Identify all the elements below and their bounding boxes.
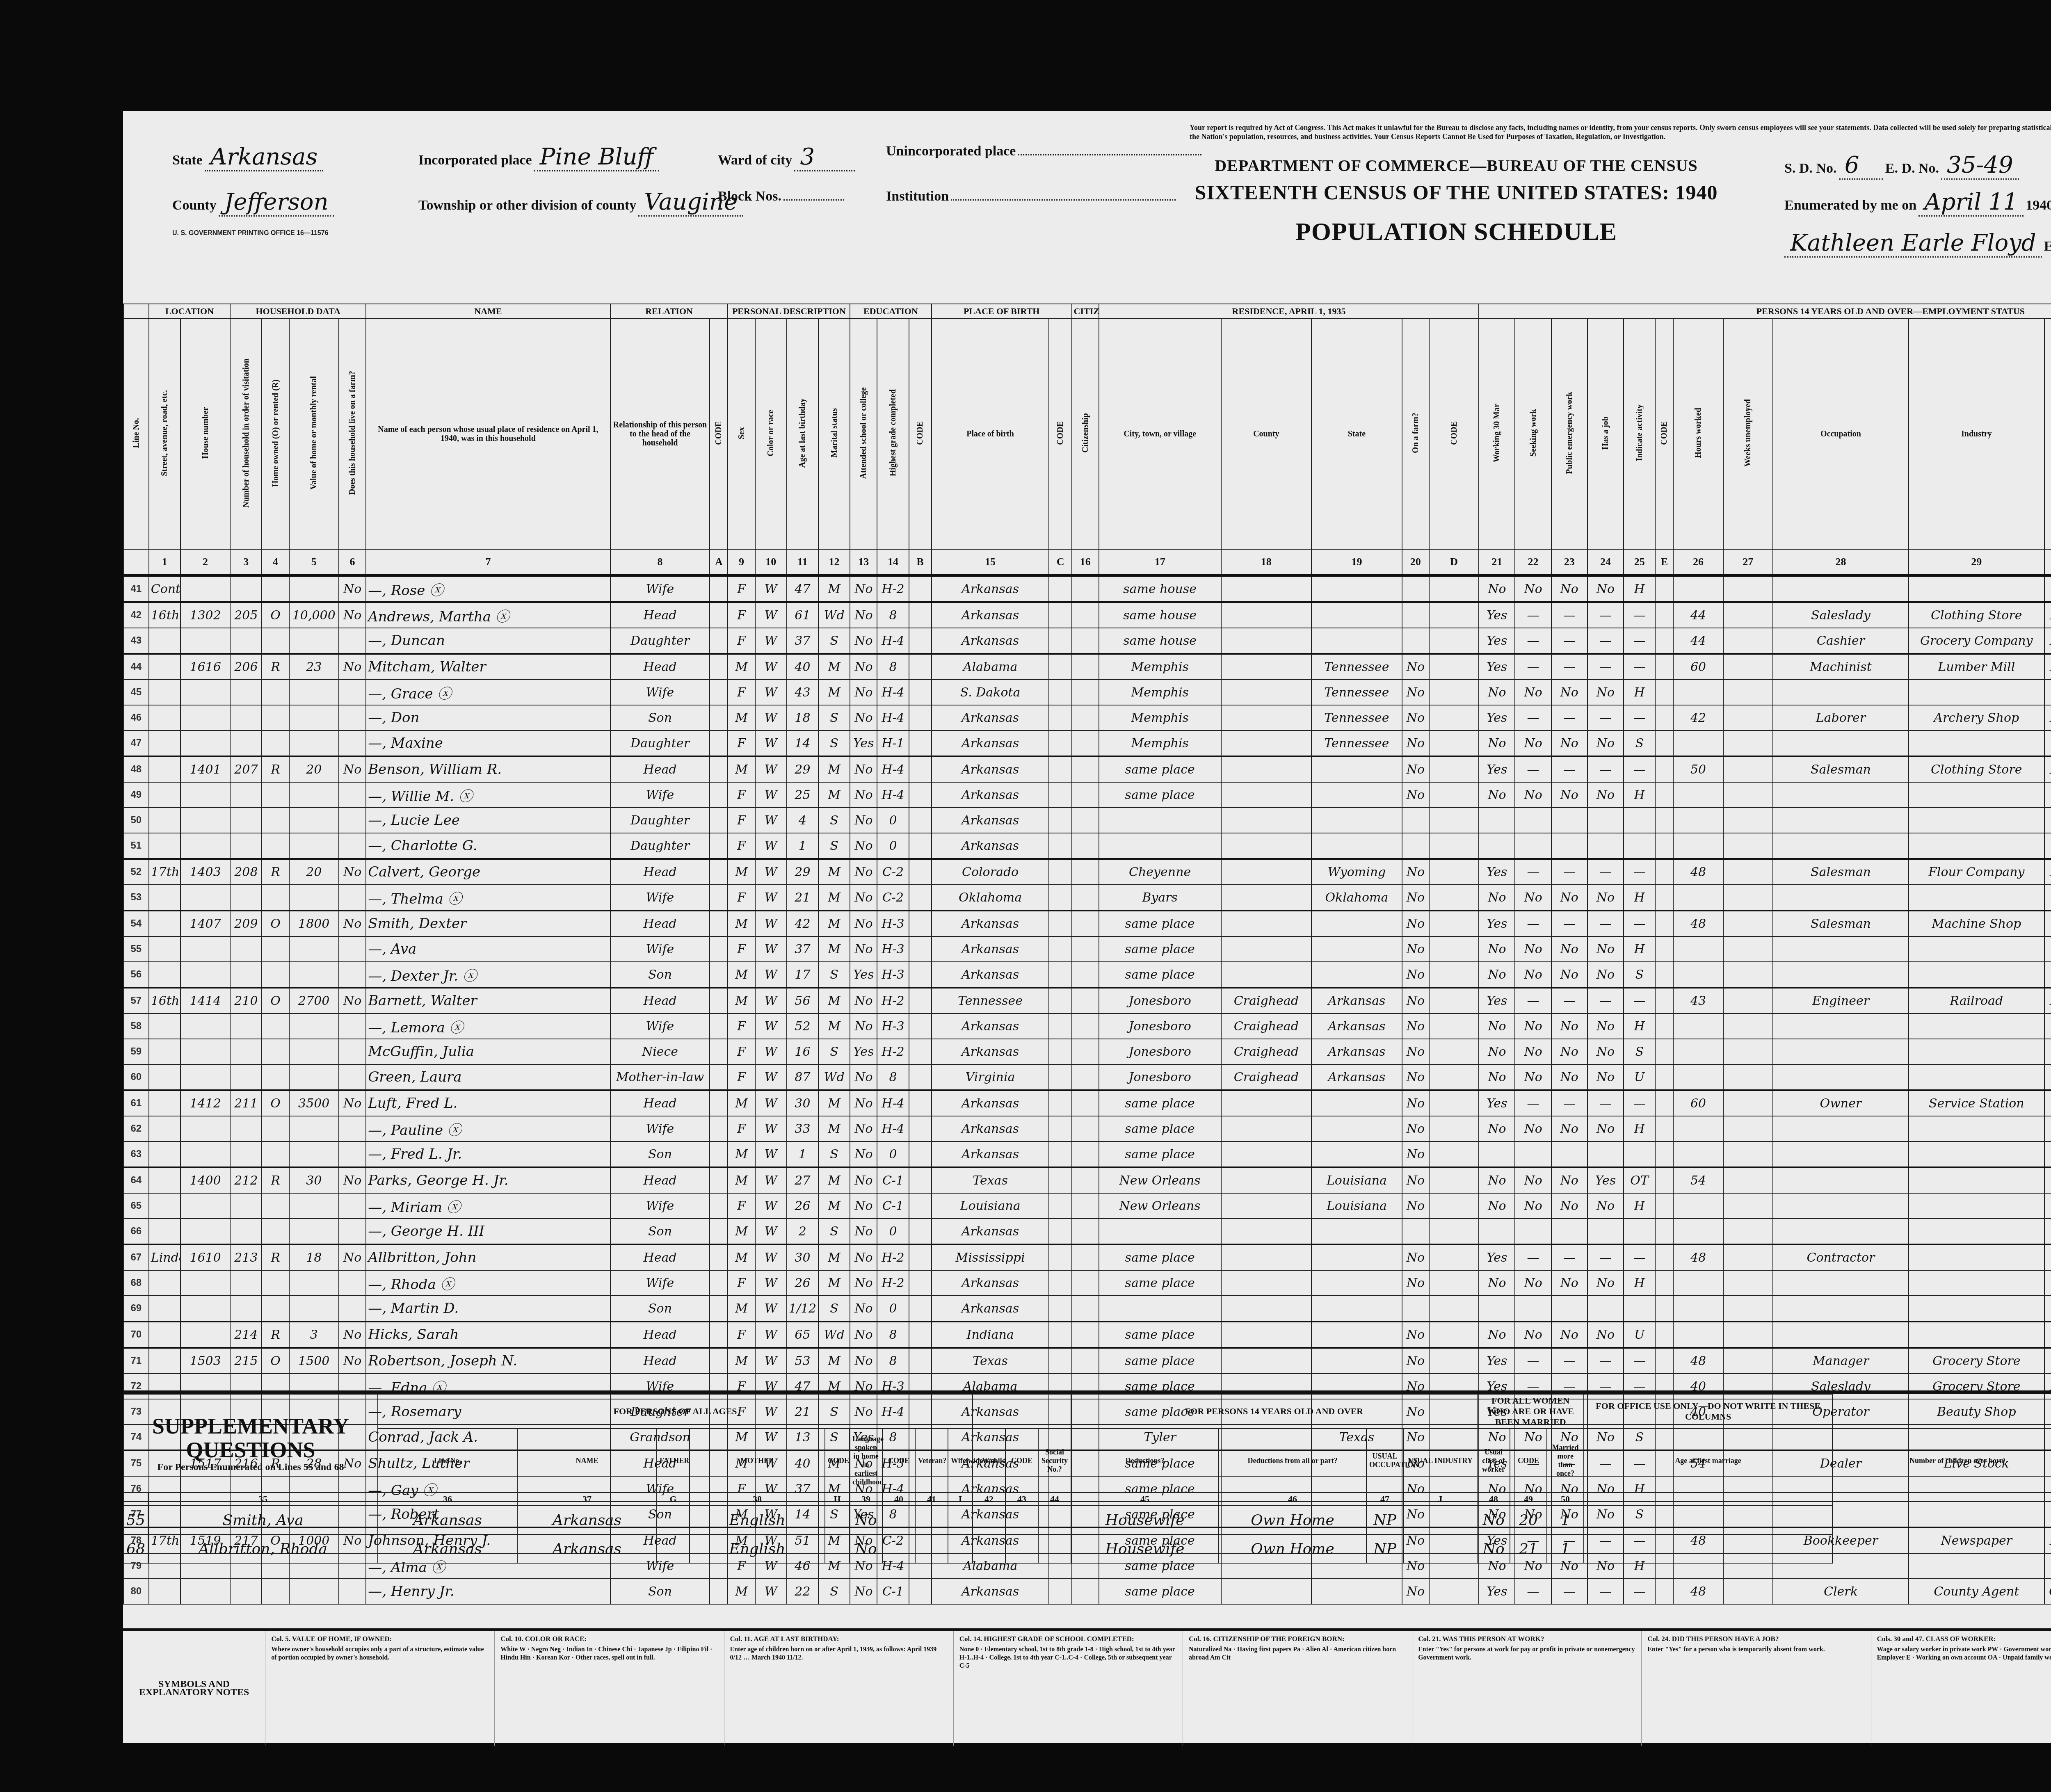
cell-D — [1429, 705, 1479, 730]
cell-occ — [1773, 1270, 1909, 1296]
cell-c22: No — [1515, 1167, 1551, 1193]
cell-hrs: 48 — [1673, 1348, 1723, 1374]
cell-house — [180, 628, 230, 654]
cell-race: W — [755, 705, 787, 730]
cell-sch: No — [850, 602, 877, 628]
cell-house: 1414 — [180, 988, 230, 1014]
cell-C — [1049, 654, 1071, 680]
incorporated-place-value: Pine Bluff — [534, 144, 659, 171]
cell-occ: Engineer — [1773, 988, 1909, 1014]
cell-rel: Head — [610, 756, 710, 782]
cell-cit — [1072, 730, 1099, 756]
cell-race: W — [755, 808, 787, 833]
cell-age: 1 — [787, 833, 818, 859]
supp-cell — [825, 1534, 850, 1563]
table-row: 541407209O1800NoSmith, DexterHeadMW42MNo… — [123, 911, 2051, 936]
line-number: 60 — [123, 1064, 149, 1090]
cell-B — [909, 602, 932, 628]
cell-wks — [1723, 988, 1773, 1014]
cell-c22 — [1515, 1219, 1551, 1244]
cell-hrs — [1673, 1014, 1723, 1039]
cell-sch: No — [850, 1116, 877, 1141]
cell-c22: — — [1515, 705, 1551, 730]
sd-value: 6 — [1839, 152, 1883, 180]
table-row: 67Linden1610213R18NoAllbritton, JohnHead… — [123, 1244, 2051, 1270]
cell-birth: Arkansas — [932, 1116, 1049, 1141]
cell-rel: Mother-in-law — [610, 1064, 710, 1090]
person-name: —, Rose ⓧ — [366, 575, 610, 602]
cell-hrs — [1673, 1064, 1723, 1090]
cell-sch: No — [850, 1193, 877, 1219]
cell-value — [289, 962, 339, 988]
cell-occ: Contractor — [1773, 1244, 1909, 1270]
cell-C — [1049, 859, 1071, 885]
cell-c22 — [1515, 833, 1551, 859]
cell-c23: No — [1551, 1039, 1587, 1064]
cell-c23: No — [1551, 885, 1587, 911]
supp-column-header: NAME — [517, 1429, 657, 1493]
cell-wks — [1723, 1193, 1773, 1219]
cell-c25: H — [1624, 1193, 1655, 1219]
cell-hrs: 43 — [1673, 988, 1723, 1014]
cell-value — [289, 1270, 339, 1296]
cell-B — [909, 1141, 932, 1167]
cell-c23 — [1551, 1219, 1587, 1244]
cell-house — [180, 1270, 230, 1296]
column-header-row: Line No. Street, avenue, road, etc. Hous… — [123, 319, 2051, 549]
cell-c22: No — [1515, 1014, 1551, 1039]
cell-grade: 0 — [877, 1141, 909, 1167]
cell-cls: PW — [2044, 705, 2051, 730]
cell-c22 — [1515, 1296, 1551, 1322]
cell-value: 1800 — [289, 911, 339, 936]
cell-wks — [1723, 654, 1773, 680]
cell-B — [909, 756, 932, 782]
cell-house — [180, 575, 230, 602]
cell-occ: Salesman — [1773, 859, 1909, 885]
line-number: 61 — [123, 1090, 149, 1116]
cell-county — [1221, 602, 1312, 628]
person-name: Smith, Dexter — [366, 911, 610, 936]
supp-row: 55Smith, AvaArkansasArkansasEnglishNoHou… — [123, 1506, 2051, 1534]
cell-sch: No — [850, 1014, 877, 1039]
cell-cit — [1072, 936, 1099, 962]
cell-birth: Arkansas — [932, 1090, 1049, 1116]
cell-sex: M — [728, 1141, 755, 1167]
cell-sch: No — [850, 1219, 877, 1244]
cell-occ — [1773, 1219, 1909, 1244]
table-row: 68—, Rhoda ⓧWifeFW26MNoH-2Arkansassame p… — [123, 1270, 2051, 1296]
table-row: 51—, Charlotte G.DaughterFW1SNo0Arkansas… — [123, 833, 2051, 859]
cell-occ — [1773, 936, 1909, 962]
supp-cell — [657, 1506, 690, 1534]
cell-age: 16 — [787, 1039, 818, 1064]
cell-grade: H-4 — [877, 782, 909, 808]
supp-column-header: Wife/widow/child — [948, 1429, 973, 1493]
cell-A — [710, 833, 728, 859]
cell-grade: 0 — [877, 808, 909, 833]
cell-own — [262, 1064, 289, 1090]
cell-hrs: 48 — [1673, 911, 1723, 936]
cell-grade: H-4 — [877, 756, 909, 782]
cell-county: Craighead — [1221, 1039, 1312, 1064]
cell-c22: — — [1515, 756, 1551, 782]
cell-city: Memphis — [1099, 705, 1221, 730]
supp-cell — [915, 1506, 948, 1534]
cell-c22: — — [1515, 1090, 1551, 1116]
cell-value — [289, 782, 339, 808]
column-number: 25 — [1624, 549, 1655, 575]
cell-wks — [1723, 859, 1773, 885]
cell-c21: No — [1479, 1193, 1515, 1219]
cell-hrs: 44 — [1673, 602, 1723, 628]
cell-own: R — [262, 1244, 289, 1270]
cell-farm — [339, 962, 366, 988]
cell-own — [262, 705, 289, 730]
cell-E — [1655, 1014, 1673, 1039]
table-row: 53—, Thelma ⓧWifeFW21MNoC-2OklahomaByars… — [123, 885, 2051, 911]
cell-D — [1429, 988, 1479, 1014]
person-name: Hicks, Sarah — [366, 1322, 610, 1348]
cell-C — [1049, 705, 1071, 730]
cell-grade: H-4 — [877, 628, 909, 654]
cell-farm: No — [339, 911, 366, 936]
column-number: 8 — [610, 549, 710, 575]
cell-city: Jonesboro — [1099, 1039, 1221, 1064]
cell-cls — [2044, 962, 2051, 988]
line-number: 68 — [123, 1270, 149, 1296]
cell-birth: Texas — [932, 1348, 1049, 1374]
cell-grade: 8 — [877, 1322, 909, 1348]
supp-cell: Arkansas — [378, 1534, 517, 1563]
cell-c25: — — [1624, 756, 1655, 782]
cell-age: 1/12 — [787, 1296, 818, 1322]
cell-cls — [2044, 936, 2051, 962]
line-number: 64 — [123, 1167, 149, 1193]
cell-age: 40 — [787, 654, 818, 680]
cell-value — [289, 1064, 339, 1090]
supp-column-number: H — [825, 1493, 850, 1506]
cell-A — [710, 782, 728, 808]
supp-column-number: 44 — [1038, 1493, 1071, 1506]
cell-own — [262, 1219, 289, 1244]
cell-c23: — — [1551, 988, 1587, 1014]
cell-D — [1429, 680, 1479, 705]
department-title: DEPARTMENT OF COMMERCE—BUREAU OF THE CEN… — [1149, 156, 1764, 175]
cell-sch: No — [850, 1270, 877, 1296]
cell-E — [1655, 1322, 1673, 1348]
supp-cell: 55 — [123, 1506, 148, 1534]
cell-A — [710, 1348, 728, 1374]
cell-c21: No — [1479, 885, 1515, 911]
table-row: 45—, Grace ⓧWifeFW43MNoH-4S. DakotaMemph… — [123, 680, 2051, 705]
cell-c24: No — [1587, 962, 1624, 988]
cell-value — [289, 1116, 339, 1141]
cell-age: 29 — [787, 756, 818, 782]
cell-cit — [1072, 1348, 1099, 1374]
cell-c25: S — [1624, 1039, 1655, 1064]
supp-cell: 1 — [1547, 1506, 1584, 1534]
cell-sch: No — [850, 1348, 877, 1374]
cell-A — [710, 1270, 728, 1296]
cell-c23: — — [1551, 1348, 1587, 1374]
cell-B — [909, 885, 932, 911]
cell-cls — [2044, 833, 2051, 859]
cell-occ — [1773, 1116, 1909, 1141]
cell-street — [149, 808, 180, 833]
cell-hh: 211 — [230, 1090, 262, 1116]
cell-hh — [230, 1270, 262, 1296]
cell-own — [262, 885, 289, 911]
cell-cls — [2044, 1014, 2051, 1039]
cell-own: O — [262, 602, 289, 628]
person-name: Andrews, Martha ⓧ — [366, 602, 610, 628]
state-value: Arkansas — [205, 144, 323, 171]
column-number: 6 — [339, 549, 366, 575]
cell-wks — [1723, 962, 1773, 988]
cell-grade: H-2 — [877, 575, 909, 602]
cell-cls: OA — [2044, 1090, 2051, 1116]
cell-race: W — [755, 1090, 787, 1116]
cell-E — [1655, 833, 1673, 859]
cell-county — [1221, 1296, 1312, 1322]
cell-sch: No — [850, 680, 877, 705]
column-number: 28 — [1773, 549, 1909, 575]
cell-c24: No — [1587, 1064, 1624, 1090]
cell-B — [909, 988, 932, 1014]
cell-wks — [1723, 782, 1773, 808]
cell-c23: No — [1551, 936, 1587, 962]
cell-E — [1655, 885, 1673, 911]
cell-c24: — — [1587, 988, 1624, 1014]
supp-cell — [657, 1534, 690, 1563]
supp-cell — [1584, 1534, 1832, 1563]
cell-ind: Lumber Mill — [1909, 654, 2044, 680]
cell-wks — [1723, 705, 1773, 730]
cell-sex: M — [728, 1219, 755, 1244]
cell-sch: No — [850, 1090, 877, 1116]
cell-cls: OA — [2044, 911, 2051, 936]
cell-sex: F — [728, 885, 755, 911]
line-number: 58 — [123, 1014, 149, 1039]
cell-own — [262, 1270, 289, 1296]
cell-mar: M — [818, 1014, 850, 1039]
cell-onfarm: No — [1402, 859, 1429, 885]
column-number: 18 — [1221, 549, 1312, 575]
cell-hh: 215 — [230, 1348, 262, 1374]
column-number: 24 — [1587, 549, 1624, 575]
cell-A — [710, 1219, 728, 1244]
cell-hrs — [1673, 885, 1723, 911]
cell-own — [262, 1014, 289, 1039]
cell-B — [909, 705, 932, 730]
supp-column-header: Social Security No.? — [1038, 1429, 1071, 1493]
cell-farm — [339, 885, 366, 911]
cell-c23: — — [1551, 859, 1587, 885]
enumerator-signature: Kathleen Earle Floyd — [1784, 230, 2042, 258]
cell-B — [909, 1090, 932, 1116]
cell-race: W — [755, 1039, 787, 1064]
cell-race: W — [755, 1219, 787, 1244]
cell-c22 — [1515, 1141, 1551, 1167]
line-number: 69 — [123, 1296, 149, 1322]
cell-mar: S — [818, 730, 850, 756]
supp-cell — [882, 1534, 915, 1563]
block-field: Block Nos. — [718, 189, 844, 204]
cell-c22: No — [1515, 782, 1551, 808]
cell-sex: F — [728, 628, 755, 654]
cell-c25: — — [1624, 705, 1655, 730]
cell-B — [909, 1116, 932, 1141]
cell-wks — [1723, 575, 1773, 602]
cell-c25: OT — [1624, 1167, 1655, 1193]
cell-rel: Wife — [610, 1270, 710, 1296]
cell-c25: — — [1624, 911, 1655, 936]
cell-street — [149, 962, 180, 988]
cell-state — [1311, 962, 1402, 988]
cell-race: W — [755, 1014, 787, 1039]
cell-E — [1655, 988, 1673, 1014]
cell-birth: Arkansas — [932, 602, 1049, 628]
cell-c24: — — [1587, 1090, 1624, 1116]
cell-street — [149, 654, 180, 680]
cell-hh — [230, 885, 262, 911]
cell-hrs: 60 — [1673, 1090, 1723, 1116]
cell-E — [1655, 936, 1673, 962]
cell-onfarm: No — [1402, 988, 1429, 1014]
cell-age: 25 — [787, 782, 818, 808]
cell-E — [1655, 859, 1673, 885]
line-number: 57 — [123, 988, 149, 1014]
cell-farm — [339, 705, 366, 730]
cell-cit — [1072, 602, 1099, 628]
cell-c22: — — [1515, 988, 1551, 1014]
cell-rel: Daughter — [610, 628, 710, 654]
cell-race: W — [755, 1167, 787, 1193]
supp-cell: Housewife — [1071, 1534, 1219, 1563]
block-value — [783, 199, 844, 201]
cell-own: R — [262, 756, 289, 782]
person-name: —, Maxine — [366, 730, 610, 756]
line-number: 70 — [123, 1322, 149, 1348]
cell-c21: No — [1479, 1039, 1515, 1064]
cell-c25: H — [1624, 1270, 1655, 1296]
table-row: 58—, Lemora ⓧWifeFW52MNoH-3ArkansasJones… — [123, 1014, 2051, 1039]
cell-hrs — [1673, 1296, 1723, 1322]
explanatory-notes: SYMBOLS AND EXPLANATORY NOTES Col. 5. VA… — [123, 1628, 2051, 1746]
cell-county — [1221, 680, 1312, 705]
cell-C — [1049, 1090, 1071, 1116]
cell-c25: — — [1624, 602, 1655, 628]
cell-c23: No — [1551, 730, 1587, 756]
cell-hh: 206 — [230, 654, 262, 680]
line-number: 42 — [123, 602, 149, 628]
cell-c22: — — [1515, 654, 1551, 680]
cell-grade: H-3 — [877, 1014, 909, 1039]
supp-cell: No — [1477, 1506, 1510, 1534]
cell-house — [180, 1141, 230, 1167]
supp-column-header: Deductions from all or part? — [1219, 1429, 1366, 1493]
supp-column-header: Number of children ever born — [1832, 1429, 2051, 1493]
cell-c23: No — [1551, 962, 1587, 988]
cell-state — [1311, 756, 1402, 782]
cell-hrs — [1673, 962, 1723, 988]
cell-cls: PW — [2044, 859, 2051, 885]
cell-grade: 8 — [877, 1064, 909, 1090]
cell-birth: Arkansas — [932, 628, 1049, 654]
cell-county — [1221, 911, 1312, 936]
cell-ind — [1909, 962, 2044, 988]
column-number: 22 — [1515, 549, 1551, 575]
note-col: Col. 11. AGE AT LAST BIRTHDAY:Enter age … — [724, 1631, 954, 1746]
cell-D — [1429, 1167, 1479, 1193]
cell-cls — [2044, 1296, 2051, 1322]
cell-c23: No — [1551, 680, 1587, 705]
table-row: 66—, George H. IIISonMW2SNo0Arkansas66 — [123, 1219, 2051, 1244]
cell-age: 33 — [787, 1116, 818, 1141]
cell-race: W — [755, 782, 787, 808]
cell-sex: F — [728, 1193, 755, 1219]
cell-c21: No — [1479, 1014, 1515, 1039]
cell-C — [1049, 628, 1071, 654]
cell-street: 16th St. — [149, 988, 180, 1014]
enumerated-date-field: Enumerated by me on April 11 1940. — [1784, 189, 2051, 217]
cell-c22: No — [1515, 1193, 1551, 1219]
cell-age: 26 — [787, 1193, 818, 1219]
cell-A — [710, 1064, 728, 1090]
cell-hh — [230, 575, 262, 602]
cell-county — [1221, 1141, 1312, 1167]
cell-E — [1655, 1296, 1673, 1322]
cell-race: W — [755, 680, 787, 705]
cell-E — [1655, 808, 1673, 833]
cell-sex: F — [728, 833, 755, 859]
cell-house: 1412 — [180, 1090, 230, 1116]
column-number: 14 — [877, 549, 909, 575]
cell-farm — [339, 1270, 366, 1296]
cell-D — [1429, 859, 1479, 885]
cell-onfarm: No — [1402, 885, 1429, 911]
person-name: —, Don — [366, 705, 610, 730]
line-number: 52 — [123, 859, 149, 885]
cell-c23 — [1551, 1141, 1587, 1167]
cell-c24: — — [1587, 654, 1624, 680]
cell-occ — [1773, 1141, 1909, 1167]
cell-c25: H — [1624, 1014, 1655, 1039]
cell-county — [1221, 1348, 1312, 1374]
cell-farm — [339, 1193, 366, 1219]
cell-age: 21 — [787, 885, 818, 911]
cell-B — [909, 1039, 932, 1064]
cell-value: 2700 — [289, 988, 339, 1014]
cell-sch: No — [850, 1167, 877, 1193]
cell-race: W — [755, 1348, 787, 1374]
cell-ind — [1909, 782, 2044, 808]
cell-county — [1221, 756, 1312, 782]
cell-state: Louisiana — [1311, 1167, 1402, 1193]
cell-hh — [230, 808, 262, 833]
cell-onfarm: No — [1402, 1348, 1429, 1374]
cell-wks — [1723, 1296, 1773, 1322]
table-row: 65—, Miriam ⓧWifeFW26MNoC-1LouisianaNew … — [123, 1193, 2051, 1219]
supp-cell: Own Home — [1219, 1534, 1366, 1563]
person-name: —, Lucie Lee — [366, 808, 610, 833]
table-row: 4216th1302205O10,000NoAndrews, Martha ⓧH… — [123, 602, 2051, 628]
cell-sch: No — [850, 575, 877, 602]
cell-onfarm — [1402, 575, 1429, 602]
cell-wks — [1723, 885, 1773, 911]
note-col: Cols. 30 and 47. CLASS OF WORKER:Wage or… — [1871, 1631, 2051, 1746]
